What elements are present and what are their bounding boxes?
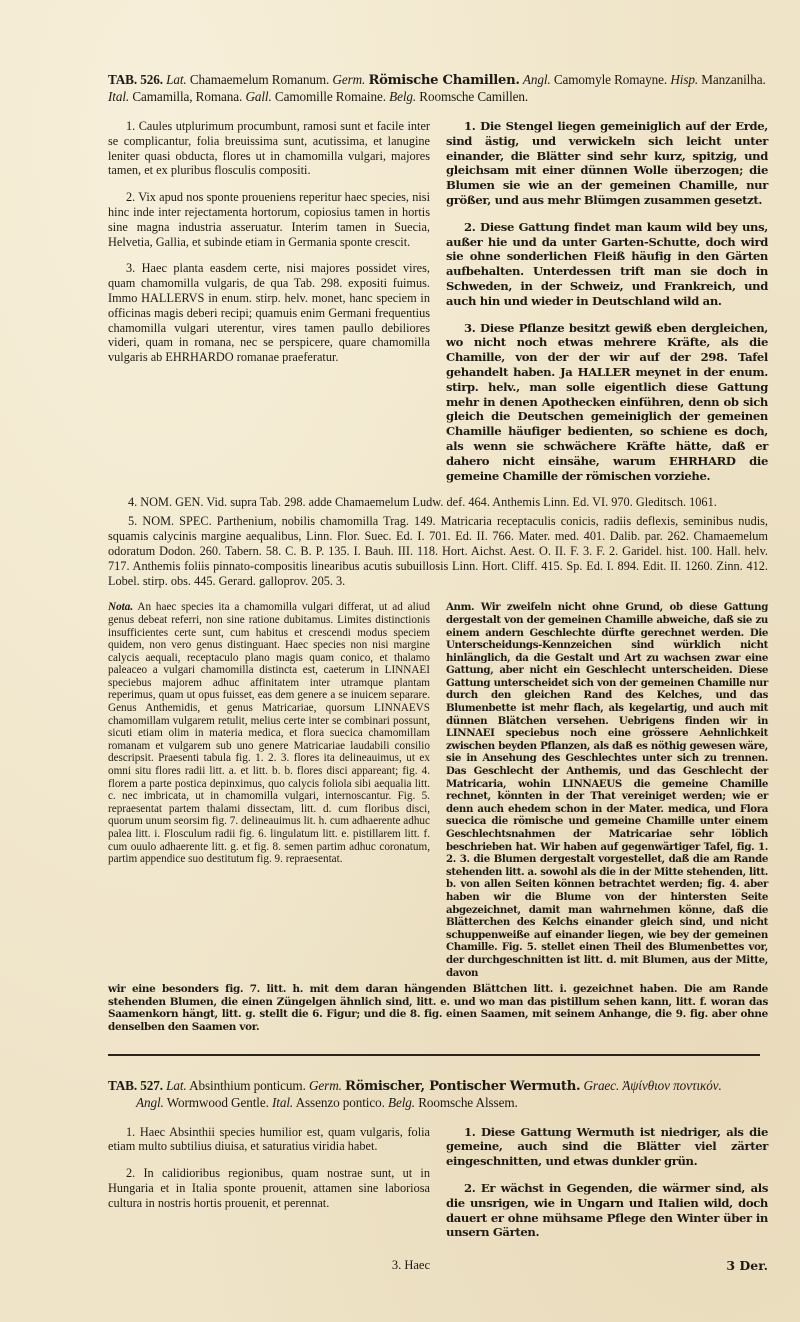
section-divider: [108, 1054, 760, 1056]
german-column: 1. Die Stengel liegen gemeiniglich auf d…: [446, 119, 768, 495]
book-page: TAB. 526. Lat. Chamaemelum Romanum. Germ…: [108, 72, 768, 1273]
german-paragraph-2: 2. Er wächst in Gegenden, die wärmer sin…: [446, 1181, 768, 1240]
nom-spec: 5. NOM. SPEC. Parthenium, nobilis chamom…: [108, 514, 768, 589]
nota-german-text: Wir zweifeln nicht ohne Grund, ob diese …: [446, 601, 768, 978]
latin-paragraph-2: 2. In calidioribus regionibus, quam nost…: [108, 1166, 430, 1210]
german-paragraph-2: 2. Diese Gattung findet man kaum wild be…: [446, 220, 768, 309]
german-paragraph-1: 1. Die Stengel liegen gemeiniglich auf d…: [446, 119, 768, 208]
latin-paragraph-1: 1. Haec Absinthii species humilior est, …: [108, 1125, 430, 1155]
tab-527-heading: TAB. 527. Lat. Absinthium ponticum. Germ…: [108, 1078, 768, 1111]
latin-paragraph-3: 3. Haec planta easdem certe, nisi majore…: [108, 261, 430, 365]
nota-label: Nota.: [108, 601, 133, 613]
nota-section: Nota. An haec species ita a chamomilla v…: [108, 601, 768, 979]
nota-latin-text: An haec species ita a chamomilla vulgari…: [108, 601, 430, 865]
german-paragraph-3: 3. Diese Pflanze besitzt gewiß eben derg…: [446, 321, 768, 484]
tab-527-columns: 1. Haec Absinthii species humilior est, …: [108, 1125, 768, 1253]
latin-column: 1. Caules utplurimum procumbunt, ramosi …: [108, 119, 430, 495]
nomenclature: 4. NOM. GEN. Vid. supra Tab. 298. adde C…: [108, 495, 768, 589]
latin-paragraph-1: 1. Caules utplurimum procumbunt, ramosi …: [108, 119, 430, 178]
latin-column: 1. Haec Absinthii species humilior est, …: [108, 1125, 430, 1253]
tab-number: TAB. 527.: [108, 1078, 163, 1093]
nota-german-continuation: wir eine besonders fig. 7. litt. h. mit …: [108, 983, 768, 1033]
nom-gen: 4. NOM. GEN. Vid. supra Tab. 298. adde C…: [108, 495, 768, 510]
nota-german-column: Anm. Wir zweifeln nicht ohne Grund, ob d…: [446, 601, 768, 979]
catchword-german: 3 Der.: [446, 1258, 768, 1273]
catchword-latin: 3. Haec: [108, 1258, 430, 1273]
catchwords: 3. Haec 3 Der.: [108, 1258, 768, 1273]
nota-latin-column: Nota. An haec species ita a chamomilla v…: [108, 601, 430, 979]
german-column: 1. Diese Gattung Wermuth ist niedriger, …: [446, 1125, 768, 1253]
tab-number: TAB. 526.: [108, 72, 163, 87]
tab-526-heading: TAB. 526. Lat. Chamaemelum Romanum. Germ…: [108, 72, 768, 105]
german-paragraph-1: 1. Diese Gattung Wermuth ist niedriger, …: [446, 1125, 768, 1169]
latin-paragraph-2: 2. Vix apud nos sponte proueniens reperi…: [108, 190, 430, 249]
nota-german-label: Anm.: [446, 601, 474, 613]
tab-526-columns: 1. Caules utplurimum procumbunt, ramosi …: [108, 119, 768, 495]
